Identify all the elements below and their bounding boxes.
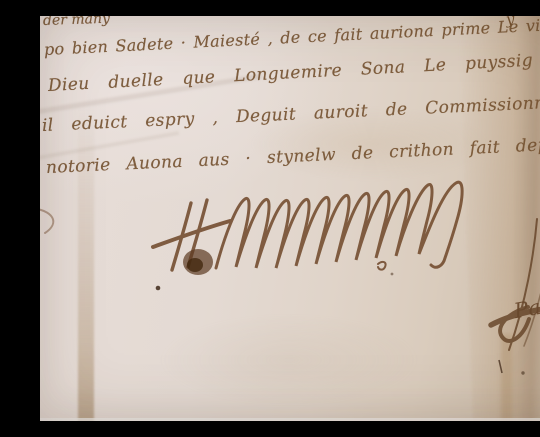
handwritten-text: dēr mañy po bien Sadete · Maiesté , de c… <box>40 16 540 421</box>
par-annotation: Par <box>512 293 540 323</box>
manuscript-fragment: y <box>505 16 515 28</box>
manuscript-line: po bien Sadete · Maiesté , de ce fait au… <box>44 16 540 59</box>
manuscript-line: dēr mañy <box>43 16 110 29</box>
manuscript-photograph: dēr mañy po bien Sadete · Maiesté , de c… <box>40 16 540 421</box>
manuscript-line: notorie Auona aus · stynelw de crithon f… <box>46 129 540 178</box>
manuscript-line: il eduict espry , Deguit auroit de Commi… <box>42 87 540 136</box>
